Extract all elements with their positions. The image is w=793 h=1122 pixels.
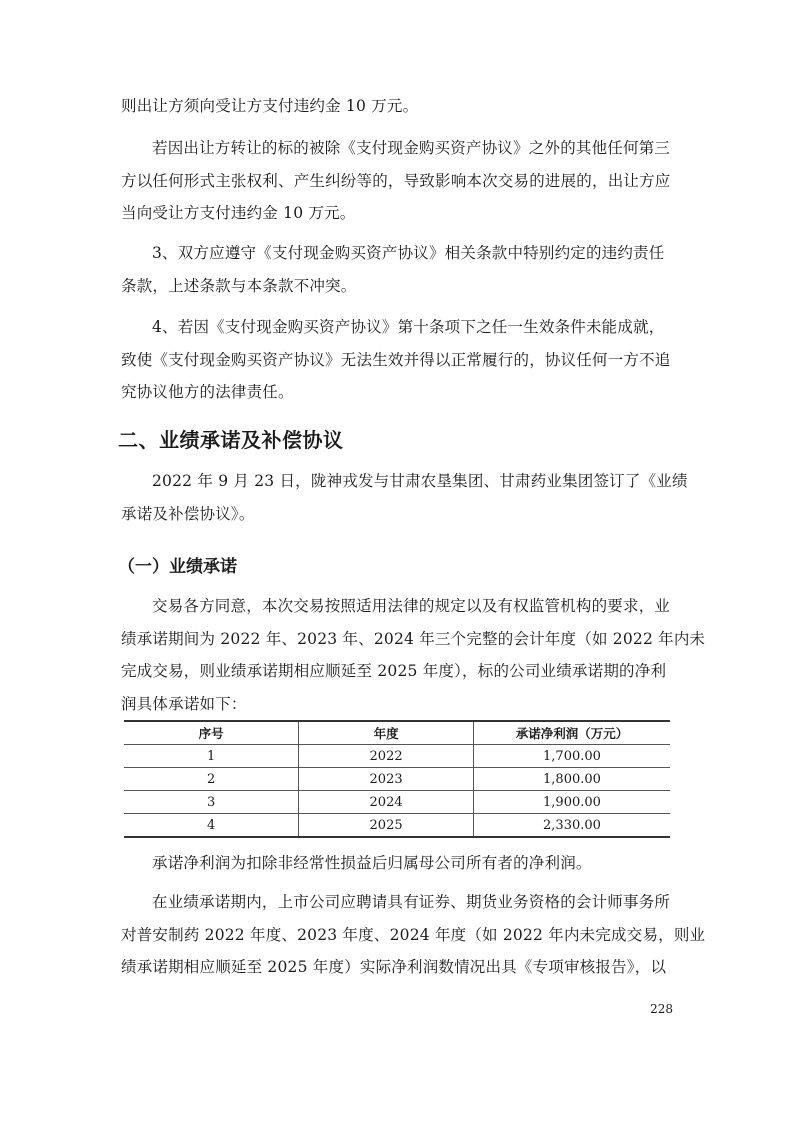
- paragraph-penalty-2: 若因出让方转让的标的被除《支付现金购买资产协议》之外的其他任何第三 方以任何形式…: [121, 132, 670, 230]
- paragraph-penalty-1: 则出让方须向受让方支付违约金 10 万元。: [121, 90, 670, 123]
- header-net-profit: 承诺净利润（万元）: [473, 721, 670, 745]
- page-number: 228: [650, 1002, 673, 1016]
- table-header-row: 序号 年度 承诺净利润（万元）: [124, 721, 670, 745]
- table-row: 2 2023 1,800.00: [124, 768, 670, 791]
- header-year: 年度: [299, 721, 474, 745]
- paragraph-commitment-period: 交易各方同意，本次交易按照适用法律的规定以及有权监管机构的要求，业 绩承诺期间为…: [121, 590, 670, 720]
- table-row: 1 2022 1,700.00: [124, 745, 670, 768]
- subsection-heading: （一）业绩承诺: [118, 552, 237, 577]
- table-row: 3 2024 1,900.00: [124, 791, 670, 814]
- paragraph-agreement-date: 2022 年 9 月 23 日，陇神戎发与甘肃农垦集团、甘肃药业集团签订了《业绩…: [121, 465, 670, 530]
- document-page: 则出让方须向受让方支付违约金 10 万元。 若因出让方转让的标的被除《支付现金购…: [0, 0, 793, 1122]
- header-serial: 序号: [124, 721, 299, 745]
- paragraph-clause-4: 4、若因《支付现金购买资产协议》第十条项下之任一生效条件未能成就， 致使《支付现…: [121, 311, 670, 409]
- paragraph-audit: 在业绩承诺期内，上市公司应聘请具有证券、期货业务资格的会计师事务所 对普安制药 …: [121, 886, 670, 984]
- profit-commitment-table: 序号 年度 承诺净利润（万元） 1 2022 1,700.00 2 2023 1…: [124, 720, 670, 838]
- section-heading: 二、业绩承诺及补偿协议: [118, 424, 344, 453]
- paragraph-net-profit-definition: 承诺净利润为扣除非经常性损益后归属母公司所有者的净利润。: [121, 847, 670, 880]
- paragraph-clause-3: 3、双方应遵守《支付现金购买资产协议》相关条款中特别约定的违约责任 条款，上述条…: [121, 237, 670, 302]
- table-row: 4 2025 2,330.00: [124, 814, 670, 838]
